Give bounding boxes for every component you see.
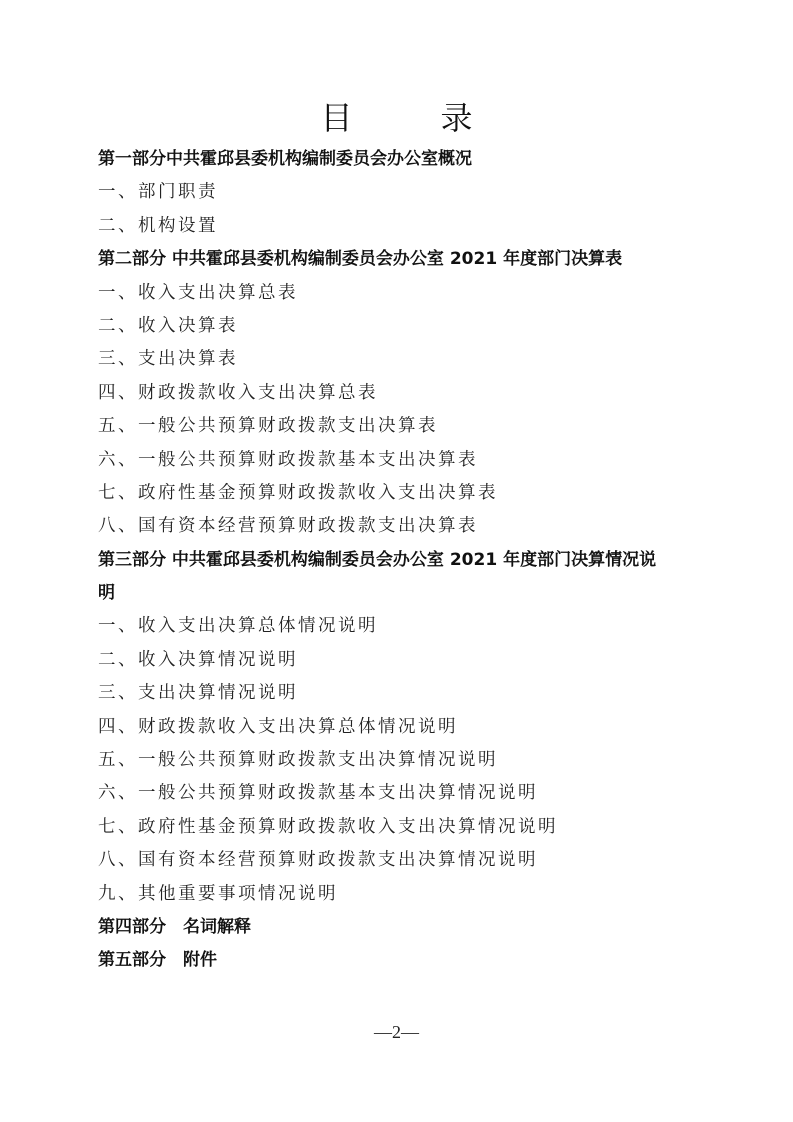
toc-entry: 一、收入支出决算总表 [98,277,718,310]
toc-part-5: 第五部分 附件 [98,944,718,977]
document-page: 目 录 第一部分中共霍邱县委机构编制委员会办公室概况 一、部门职责 二、机构设置… [0,0,793,1122]
toc-entry: 三、支出决算表 [98,343,718,376]
toc-entry: 二、机构设置 [98,210,718,243]
toc-entry: 七、政府性基金预算财政拨款收入支出决算表 [98,477,718,510]
toc-entry: 四、财政拨款收入支出决算总体情况说明 [98,711,718,744]
toc-entry: 七、政府性基金预算财政拨款收入支出决算情况说明 [98,811,718,844]
table-of-contents: 第一部分中共霍邱县委机构编制委员会办公室概况 一、部门职责 二、机构设置 第二部… [98,143,718,978]
toc-entry: 五、一般公共预算财政拨款支出决算情况说明 [98,744,718,777]
page-title: 目 录 [0,98,793,138]
toc-entry: 一、收入支出决算总体情况说明 [98,610,718,643]
toc-entry: 二、收入决算表 [98,310,718,343]
toc-entry: 一、部门职责 [98,176,718,209]
toc-part-3-continued: 明 [98,577,718,610]
toc-entry: 三、支出决算情况说明 [98,677,718,710]
page-number: —2— [0,1022,793,1043]
toc-entry: 六、一般公共预算财政拨款基本支出决算情况说明 [98,777,718,810]
toc-part-2: 第二部分 中共霍邱县委机构编制委员会办公室 2021 年度部门决算表 [98,243,718,276]
toc-entry: 九、其他重要事项情况说明 [98,878,718,911]
toc-entry: 四、财政拨款收入支出决算总表 [98,377,718,410]
toc-entry: 八、国有资本经营预算财政拨款支出决算情况说明 [98,844,718,877]
toc-entry: 二、收入决算情况说明 [98,644,718,677]
toc-part-4: 第四部分 名词解释 [98,911,718,944]
toc-entry: 五、一般公共预算财政拨款支出决算表 [98,410,718,443]
toc-entry: 八、国有资本经营预算财政拨款支出决算表 [98,510,718,543]
toc-entry: 六、一般公共预算财政拨款基本支出决算表 [98,444,718,477]
toc-part-3: 第三部分 中共霍邱县委机构编制委员会办公室 2021 年度部门决算情况说 [98,544,718,577]
toc-part-1: 第一部分中共霍邱县委机构编制委员会办公室概况 [98,143,718,176]
